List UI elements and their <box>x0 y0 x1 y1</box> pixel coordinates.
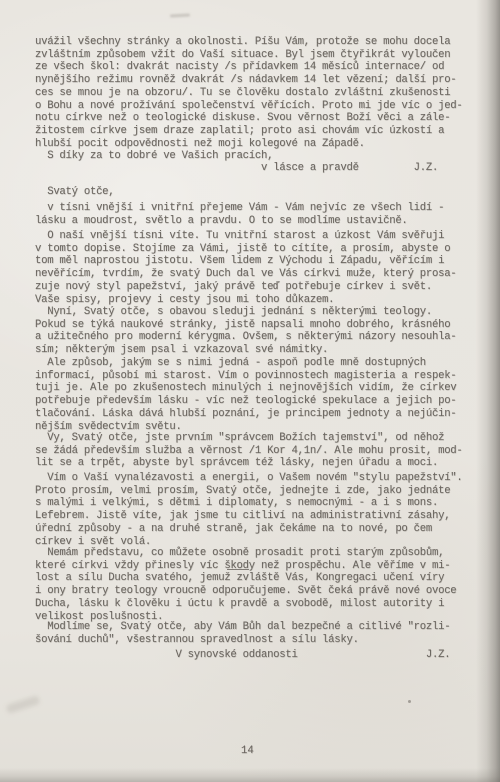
paragraph-wish-line: lásku a moudrost, světlo a pravdu. O to … <box>35 215 408 227</box>
paragraph-love-over-speculation-line: informací, působí mi starost. Vím o povi… <box>35 370 456 382</box>
paragraph-continuation-line: notu církve než o teologické diskuse. Sv… <box>35 112 450 124</box>
paragraph-love-over-speculation-line: tuji je. Ale po zkušenostech minulých i … <box>35 382 456 394</box>
paragraph-continuation-line: ces se mnou je na obzoru/. Tu se člověku… <box>35 87 450 99</box>
paragraph-new-style-line: Lefebrem. Jistě víte, jak jsme tu citliv… <box>35 510 450 522</box>
paragraph-inner-concern-line: O naší vnější tísni víte. Tu vnitřní sta… <box>35 230 444 242</box>
paragraph-prayer-line: Modlíme se, Svatý otče, aby Vám Bůh dal … <box>35 621 450 633</box>
paragraph-wish-line: v tísni vnější i vnitřní přejeme Vám - V… <box>35 202 444 214</box>
scan-edge-shadow-bottom <box>0 768 500 782</box>
paragraph-steward-line: se žádá především služba a věrnost /1 Ko… <box>35 445 463 457</box>
paragraph-old-ways-line: i ony bratry teology vroucně odporučujem… <box>35 585 456 597</box>
paragraph-love-over-speculation-line: potřebuje především lásku - víc než teol… <box>35 395 456 407</box>
paragraph-continuation-line: hlubší pocit odpovědnosti než moji koleg… <box>35 138 365 150</box>
paragraph-new-style-line: s malými i velkými, s dětmi i diplomaty,… <box>35 497 438 509</box>
paragraph-continuation-line: o Bohu a nové prožívání společenství věř… <box>35 100 463 112</box>
paragraph-old-ways-line: Ducha, lásku k člověku i úctu k pravdě a… <box>35 598 444 610</box>
paragraph-continuation-line: ze všech škol: dvakrát nacisty /s přídav… <box>35 61 444 73</box>
paragraph-theologians-line: Nyní, Svatý otče, s obavou sleduji jedná… <box>35 306 432 318</box>
closing-signature-1-line: v lásce a pravdě J.Z. <box>35 162 438 174</box>
closing-signature-2-line: V synovské oddanosti J.Z. <box>35 649 450 661</box>
paragraph-inner-concern-line: zuje nový styl papežství, jaký právě teď… <box>35 281 432 293</box>
scan-edge-shadow-right <box>476 0 500 782</box>
paragraph-continuation-line: žitostem církve jsem draze zaplatil; pro… <box>35 125 444 137</box>
paragraph-old-ways-line: lost a sílu Ducha svatého, jemuž zvláště… <box>35 572 444 584</box>
paragraph-continuation-line: zvláštním způsobem vžít do Vaší situace.… <box>35 49 450 61</box>
paragraph-new-style-line: církev i svět volá. <box>35 536 151 548</box>
paragraph-inner-concern-line: tom měl naprostou jistotu. Všem lidem z … <box>35 255 444 267</box>
paragraph-steward-line: lit se a trpět, abyste byl správcem též … <box>35 457 438 469</box>
ink-dot-artifact <box>408 700 411 703</box>
paragraph-theologians-line: sím; některým jsem psal i vzkazoval své … <box>35 344 328 356</box>
closing-thanks-line: S díky za to dobré ve Vašich pracích, <box>35 150 273 162</box>
paragraph-inner-concern-line: Vaše spisy, projevy i cesty jsou mi toho… <box>35 294 334 306</box>
paragraph-continuation-line: nynějšího režimu rovněž dvakrát /s nádav… <box>35 74 456 86</box>
underline-mark <box>227 569 249 570</box>
paragraph-love-over-speculation-line: Ale způsob, jakým se s nimi jedná - aspo… <box>35 357 426 369</box>
paragraph-theologians-line: Pokud se týká naukové stránky, jistě nap… <box>35 319 450 331</box>
paragraph-theologians-line: a užitečného pro moderní kérygma. Ovšem,… <box>35 331 456 343</box>
paragraph-inner-concern-line: nevěřícím, tvrdím, že svatý Duch dal ve … <box>35 268 456 280</box>
paragraph-continuation-line: uvážil všechny stránky a okolnosti. Píšu… <box>35 36 450 48</box>
paragraph-prayer-line: šování duchů", všestrannou spravedlnost … <box>35 634 359 646</box>
salutation-line: Svatý otče, <box>35 186 114 198</box>
page-number: 14 <box>241 745 254 757</box>
paragraph-inner-concern-line: v tomto dopise. Stojíme za Vámi, jistě t… <box>35 243 450 255</box>
paragraph-love-over-speculation-line: nějším svědectvím světu. <box>35 421 182 433</box>
paragraph-steward-line: Vy, Svatý otče, jste prvním "správcem Bo… <box>35 432 444 444</box>
paragraph-new-style-line: úřední způsoby - a na druhé straně, jak … <box>35 523 432 535</box>
scan-smudge-artifact <box>5 695 40 714</box>
scan-smudge-artifact <box>170 13 190 17</box>
scanned-letter-page: uvážil všechny stránky a okolnosti. Píšu… <box>0 0 500 782</box>
paragraph-new-style-line: Proto prosím, velmi prosím, Svatý otče, … <box>35 485 450 497</box>
paragraph-love-over-speculation-line: tlačování. Láska dává hlubší poznání, je… <box>35 408 456 420</box>
paragraph-new-style-line: Vím o Vaší vynalézavosti a energii, o Va… <box>35 472 463 484</box>
paragraph-old-ways-line: Nemám představu, co můžete osobně prosad… <box>35 547 444 559</box>
